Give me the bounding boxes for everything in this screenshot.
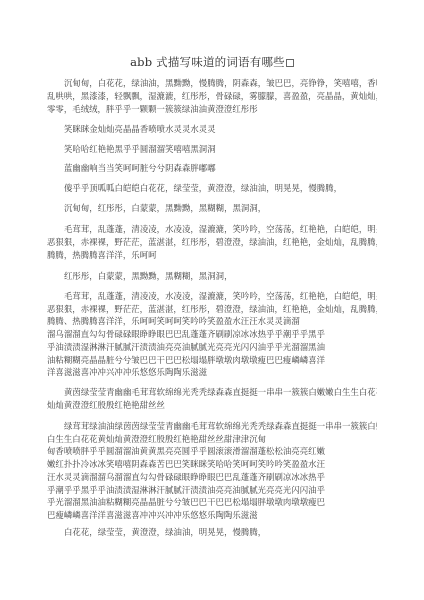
paragraph-line: 汪水灵灵滴溜溜乌溜溜直勾勾骨碌碌眼睁睁眼巴巴乱蓬蓬齐刷刷凉冰冰热乎	[47, 471, 377, 484]
box-glyph-icon	[286, 59, 294, 67]
paragraph-line: 沉甸甸，红彤彤，白蒙蒙，黑黝黝，黑糊糊，黑洞洞，	[47, 202, 377, 215]
paragraph-line: 毛茸茸，乱蓬蓬，清凌凌，水凌凌，湿漉漉，笑吟吟，空荡荡，红艳艳，白皑皑，明晃晃，	[47, 223, 377, 236]
paragraph-line: 腾腾，热腾腾喜洋洋，乐呵呵	[47, 249, 377, 262]
paragraph-2: 笑眯眯金灿灿亮晶晶香喷喷水灵灵水灵灵	[47, 123, 377, 136]
paragraph-line: 乎潮乎乎黑乎乎油渍渍湿淋淋汗腻腻汗渍渍油亮亮油腻腻光亮亮光闪闪油乎	[47, 484, 377, 497]
paragraph-line: 傻乎乎顶呱呱白皑皑白花花，绿莹莹，黄澄澄，绿油油，明晃晃，慢腾腾，	[47, 182, 377, 195]
paragraph-line: 笑哈哈红艳艳黑乎乎圆溜溜笑嘻嘻黑洞洞	[47, 143, 377, 156]
paragraph-line: 毛茸茸，乱蓬蓬，清凌凌，水凌凌，湿漉漉，笑吟吟，空荡荡，红艳艳，白皑皑，明晃晃，	[47, 290, 377, 303]
paragraph-8: 红彤彤，白蒙蒙，黑黝黝，黑糊糊，黑洞洞，	[47, 270, 377, 283]
paragraph-line: 沉甸甸，白花花，绿油油，黑黝黝，慢腾腾，阴森森，皱巴巴，亮铮铮，笑嘻嘻，香喷喷，	[47, 77, 377, 90]
paragraph-12: 白花花，绿莹莹，黄澄澄，绿油油，明晃晃，慢腾腾，	[47, 526, 377, 539]
document-page: abb 式描写味道的词语有哪些 沉甸甸，白花花，绿油油，黑黝黝，慢腾腾，阴森森，…	[0, 0, 424, 600]
paragraph-line: 乎油渍渍湿淋淋汗腻腻汗渍渍油亮亮油腻腻光亮亮光闪闪油乎乎光溜溜黑油	[47, 341, 377, 354]
paragraph-11: 绿茸茸绿油油绿茵茵绿莹莹青幽幽毛茸茸软绵绵光秃秃绿森森直挺挺一串串一簇簇白嫩嫩 …	[47, 420, 377, 522]
paragraph-line: 洋喜滋滋喜冲冲兴冲冲乐悠悠乐陶陶乐滋滋	[47, 366, 377, 379]
paragraph-line: 恶狠狠，赤裸裸，野茫茫，蓝湛湛，红彤彤，碧澄澄，绿油油，红艳艳，金灿灿，乱腾腾，…	[47, 236, 377, 249]
paragraph-line: 黄茵绿莹莹青幽幽毛茸茸软绵绵光秃秃绿森森直挺挺一串串一簇簇白嫩嫩白生生白花花黄	[47, 386, 377, 399]
paragraph-line: 恶狠狠，赤裸裸，野茫茫，蓝湛湛，红彤彤，碧澄澄，绿油油，红艳艳，金灿灿，乱腾腾，…	[47, 303, 377, 316]
paragraph-3: 笑哈哈红艳艳黑乎乎圆溜溜笑嘻嘻黑洞洞	[47, 143, 377, 156]
paragraph-line: 乱哄哄，黑漆漆，轻飘飘，湿漉漉，红彤彤，骨碌碌，雾朦朦，喜盈盈，亮晶晶，黄灿灿，…	[47, 90, 377, 103]
paragraph-line: 笑眯眯金灿灿亮晶晶香喷喷水灵灵水灵灵	[47, 123, 377, 136]
paragraph-5: 傻乎乎顶呱呱白皑皑白花花，绿莹莹，黄澄澄，绿油油，明晃晃，慢腾腾，	[47, 182, 377, 195]
document-title: abb 式描写味道的词语有哪些	[0, 54, 424, 70]
paragraph-4: 蓝幽幽响当当笑呵呵脏兮兮阴森森胖嘟嘟	[47, 162, 377, 175]
paragraph-line: 白生生白花花黄灿灿黄澄澄红殷殷红艳艳甜丝丝甜津津沉甸	[47, 433, 377, 446]
paragraph-line: 油粘糊糊亮晶晶脏兮兮皱巴巴干巴巴松塌塌胖墩墩肉墩墩瘦巴巴瘦嶙嶙喜洋	[47, 354, 377, 367]
paragraph-line: 溜乌溜溜直勾勾骨碌碌眼睁睁眼巴巴乱蓬蓬齐刷刷凉冰冰热乎乎潮乎乎黑乎	[47, 328, 377, 341]
paragraph-line: 绿茸茸绿油油绿茵茵绿莹莹青幽幽毛茸茸软绵绵光秃秃绿森森直挺挺一串串一簇簇白嫩嫩	[47, 420, 377, 433]
paragraph-line: 甸香喷喷胖乎乎圆溜溜油黄黄黑亮亮圆乎乎圆滚滚滑溜溜蓬松松油亮亮红嫩	[47, 445, 377, 458]
paragraph-line: 蓝幽幽响当当笑呵呵脏兮兮阴森森胖嘟嘟	[47, 162, 377, 175]
paragraph-7: 毛茸茸，乱蓬蓬，清凌凌，水凌凌，湿漉漉，笑吟吟，空荡荡，红艳艳，白皑皑，明晃晃，…	[47, 223, 377, 262]
paragraph-line: 零零，毛绒绒，胖乎乎一颗颗一簇簇绿油油黄澄澄红彤彤	[47, 103, 377, 116]
paragraph-line: 巴瘦嶙嶙喜洋洋喜滋滋喜冲冲兴冲冲乐悠悠乐陶陶乐滋滋	[47, 509, 377, 522]
paragraph-line: 白花花，绿莹莹，黄澄澄，绿油油，明晃晃，慢腾腾，	[47, 526, 377, 539]
paragraph-6: 沉甸甸，红彤彤，白蒙蒙，黑黝黝，黑糊糊，黑洞洞，	[47, 202, 377, 215]
title-text: abb 式描写味道的词语有哪些	[130, 55, 285, 69]
paragraph-line: 嫩红扑扑冷冰冰笑嘻嘻阴森森苦巴巴笑眯眯笑哈哈笑呵呵笑吟吟笑盈盈水汪	[47, 458, 377, 471]
paragraph-10: 黄茵绿莹莹青幽幽毛茸茸软绵绵光秃秃绿森森直挺挺一串串一簇簇白嫩嫩白生生白花花黄 …	[47, 386, 377, 412]
paragraph-line: 红彤彤，白蒙蒙，黑黝黝，黑糊糊，黑洞洞，	[47, 270, 377, 283]
paragraph-line: 乎光溜溜黑油油粘糊糊亮晶晶脏兮兮皱巴巴干巴巴松塌塌胖墩墩肉墩墩瘦巴	[47, 496, 377, 509]
paragraph-line: 灿灿黄澄澄红殷殷红艳艳甜丝丝	[47, 399, 377, 412]
paragraph-9: 毛茸茸，乱蓬蓬，清凌凌，水凌凌，湿漉漉，笑吟吟，空荡荡，红艳艳，白皑皑，明晃晃，…	[47, 290, 377, 379]
paragraph-1: 沉甸甸，白花花，绿油油，黑黝黝，慢腾腾，阴森森，皱巴巴，亮铮铮，笑嘻嘻，香喷喷，…	[47, 77, 377, 116]
paragraph-line: 腾腾、热腾腾喜洋洋，乐呵呵笑呵呵笑吟吟笑盈盈水汪汪水灵灵滴溜	[47, 315, 377, 328]
